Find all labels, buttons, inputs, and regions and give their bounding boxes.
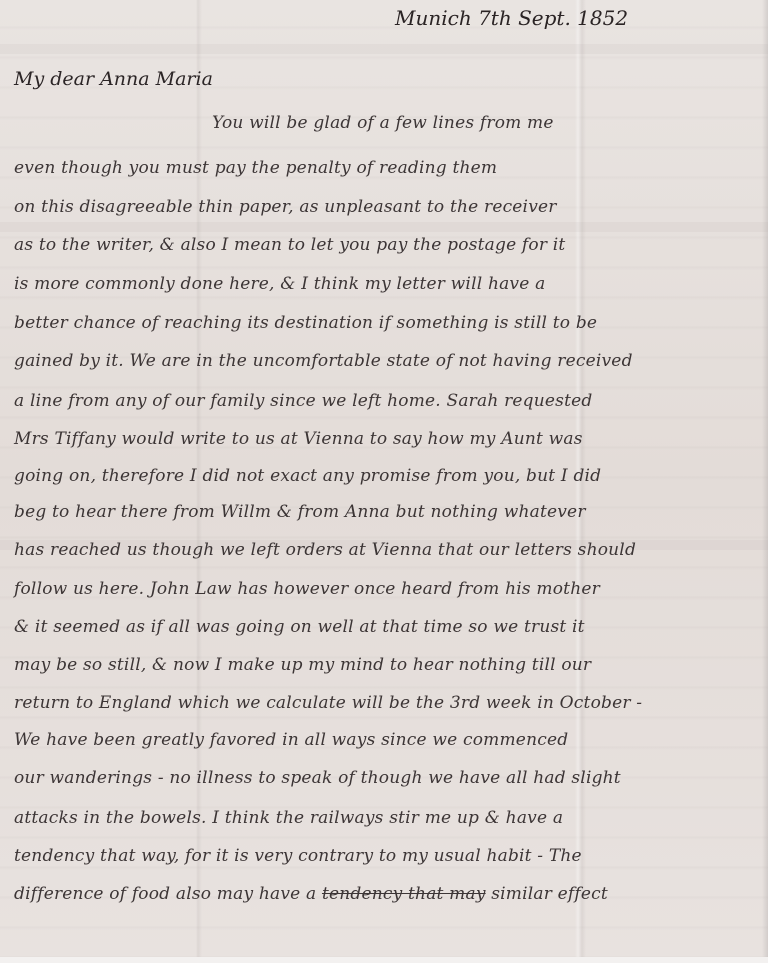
paper-bleedthrough [0, 44, 768, 54]
letter-line: has reached us though we left orders at … [14, 540, 636, 560]
paper-bleedthrough [0, 222, 768, 232]
letter-line: tendency that way, for it is very contra… [14, 846, 582, 866]
letter-line: beg to hear there from Willm & from Anna… [14, 502, 586, 522]
letter-line: a line from any of our family since we l… [14, 391, 592, 411]
letter-line: on this disagreeable thin paper, as unpl… [14, 197, 557, 217]
paper-edge [762, 0, 768, 963]
letter-line: You will be glad of a few lines from me [212, 113, 554, 133]
letter-page: Munich 7th Sept. 1852 My dear Anna Maria… [0, 0, 768, 963]
letter-salutation: My dear Anna Maria [14, 68, 213, 90]
letter-line: is more commonly done here, & I think my… [14, 274, 545, 294]
letter-dateline: Munich 7th Sept. 1852 [395, 6, 628, 30]
letter-line: as to the writer, & also I mean to let y… [14, 235, 565, 255]
letter-line: even though you must pay the penalty of … [14, 158, 497, 178]
struck-text: tendency that may [322, 884, 486, 904]
letter-line: & it seemed as if all was going on well … [14, 617, 585, 637]
letter-text: difference of food also may have a [14, 884, 316, 904]
letter-line: our wanderings - no illness to speak of … [14, 768, 621, 788]
letter-line: gained by it. We are in the uncomfortabl… [14, 351, 633, 371]
letter-line: We have been greatly favored in all ways… [14, 730, 568, 750]
letter-line: may be so still, & now I make up my mind… [14, 655, 591, 675]
letter-line-last: difference of food also may have a tende… [14, 884, 608, 904]
letter-line: going on, therefore I did not exact any … [14, 466, 601, 486]
paper-bottom-edge [0, 957, 768, 963]
letter-line: attacks in the bowels. I think the railw… [14, 808, 563, 828]
letter-line: follow us here. John Law has however onc… [14, 579, 600, 599]
letter-line: return to England which we calculate wil… [14, 693, 642, 713]
letter-line: Mrs Tiffany would write to us at Vienna … [14, 429, 583, 449]
letter-text: similar effect [491, 884, 608, 904]
letter-line: better chance of reaching its destinatio… [14, 313, 597, 333]
